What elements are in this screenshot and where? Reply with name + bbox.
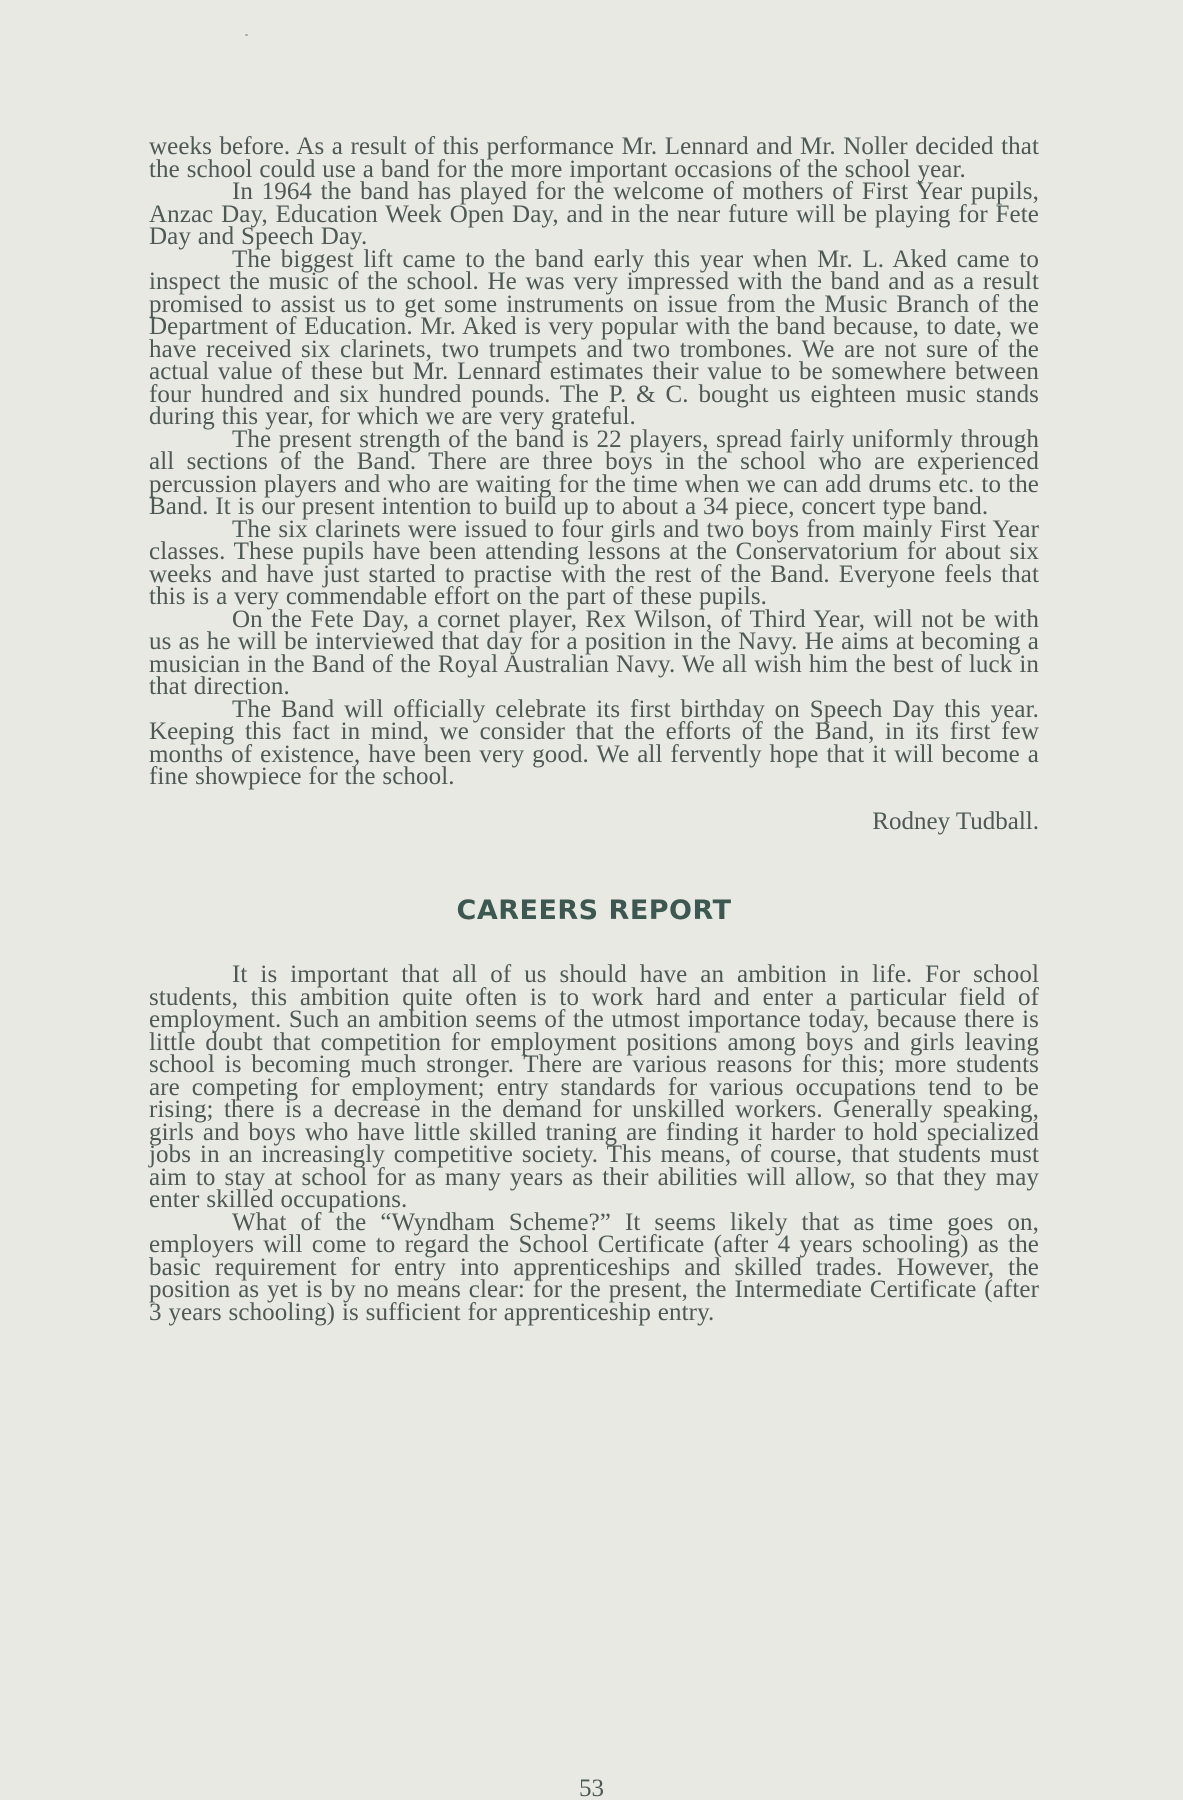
band-paragraph-3: The biggest lift came to the band early … [149, 249, 1039, 429]
band-paragraph-1: weeks before. As a result of this perfor… [149, 136, 1039, 181]
band-paragraph-6: On the Fete Day, a cornet player, Rex Wi… [149, 609, 1039, 699]
author-signature: Rodney Tudball. [149, 811, 1039, 834]
careers-report-section: CAREERS REPORT It is important that all … [149, 895, 1039, 1324]
band-paragraph-4: The present strength of the band is 22 p… [149, 429, 1039, 519]
band-report-section: weeks before. As a result of this perfor… [149, 136, 1039, 833]
band-paragraph-2: In 1964 the band has played for the welc… [149, 181, 1039, 249]
page-number: 53 [0, 1775, 1183, 1800]
page-content: weeks before. As a result of this perfor… [149, 136, 1039, 1324]
band-paragraph-7: The Band will officially celebrate its f… [149, 699, 1039, 789]
section-heading: CAREERS REPORT [149, 895, 1039, 926]
careers-paragraph-2: What of the “Wyndham Scheme?” It seems l… [149, 1212, 1039, 1325]
paper-speck [245, 34, 248, 36]
careers-paragraph-1: It is important that all of us should ha… [149, 964, 1039, 1212]
band-paragraph-5: The six clarinets were issued to four gi… [149, 519, 1039, 609]
